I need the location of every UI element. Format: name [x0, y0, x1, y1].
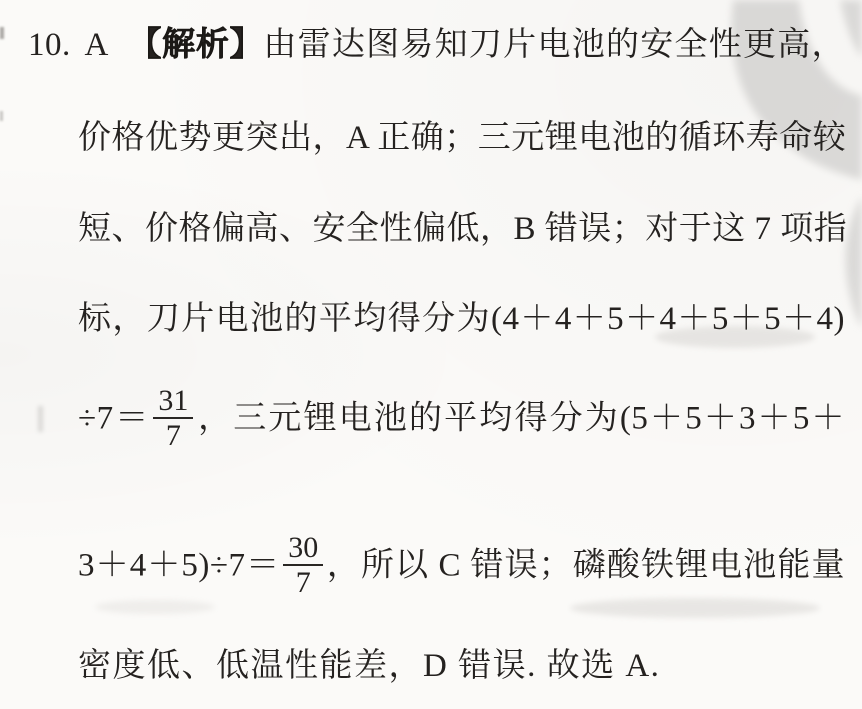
- fraction-denominator: 7: [283, 564, 323, 598]
- math-text: ÷7＝: [78, 401, 150, 437]
- math-text: 3＋4＋5)÷7＝: [78, 548, 280, 584]
- solution-line-3: 短、价格偏高、安全性偏低，B 错误；对于这 7 项指: [78, 206, 845, 252]
- line-text: ，三元锂电池的平均得分为(5＋5＋3＋5＋: [196, 401, 845, 437]
- solution-line-5: ÷7＝317，三元锂电池的平均得分为(5＋5＋3＋5＋: [78, 388, 845, 454]
- question-number: 10.: [28, 27, 77, 63]
- answer-letter: A: [84, 27, 118, 63]
- fraction-numerator: 30: [283, 532, 323, 564]
- line-text: ，所以 C 错误；磷酸铁锂电池能量: [326, 548, 845, 584]
- solution-line-4: 标，刀片电池的平均得分为(4＋4＋5＋4＋5＋5＋4): [78, 296, 845, 342]
- fraction-31-over-7: 317: [153, 385, 193, 451]
- fraction-30-over-7: 307: [283, 532, 323, 598]
- line-text: 由雷达图易知刀片电池的安全性更高，: [263, 27, 845, 63]
- fraction-numerator: 31: [153, 385, 193, 417]
- solution-line-6: 3＋4＋5)÷7＝307，所以 C 错误；磷酸铁锂电池能量: [78, 535, 845, 601]
- line-text: 价格优势更突出，A 正确；三元锂电池的循环寿命较: [78, 120, 846, 156]
- line-text: 密度低、低温性能差，D 错误. 故选 A.: [78, 648, 660, 684]
- line-text: 标，刀片电池的平均得分为(4＋4＋5＋4＋5＋5＋4): [78, 301, 845, 337]
- analysis-label: 【解析】: [128, 25, 263, 62]
- solution-line-7: 密度低、低温性能差，D 错误. 故选 A.: [78, 643, 845, 689]
- line-text: 短、价格偏高、安全性偏低，B 错误；对于这 7 项指: [78, 211, 847, 247]
- solution-line-1: 10. A 【解析】由雷达图易知刀片电池的安全性更高，: [28, 21, 845, 68]
- solution-text: 10. A 【解析】由雷达图易知刀片电池的安全性更高， 价格优势更突出，A 正确…: [0, 0, 862, 709]
- fraction-denominator: 7: [153, 417, 193, 451]
- scanned-answer-page: 10. A 【解析】由雷达图易知刀片电池的安全性更高， 价格优势更突出，A 正确…: [0, 0, 862, 709]
- solution-line-2: 价格优势更突出，A 正确；三元锂电池的循环寿命较: [78, 115, 845, 161]
